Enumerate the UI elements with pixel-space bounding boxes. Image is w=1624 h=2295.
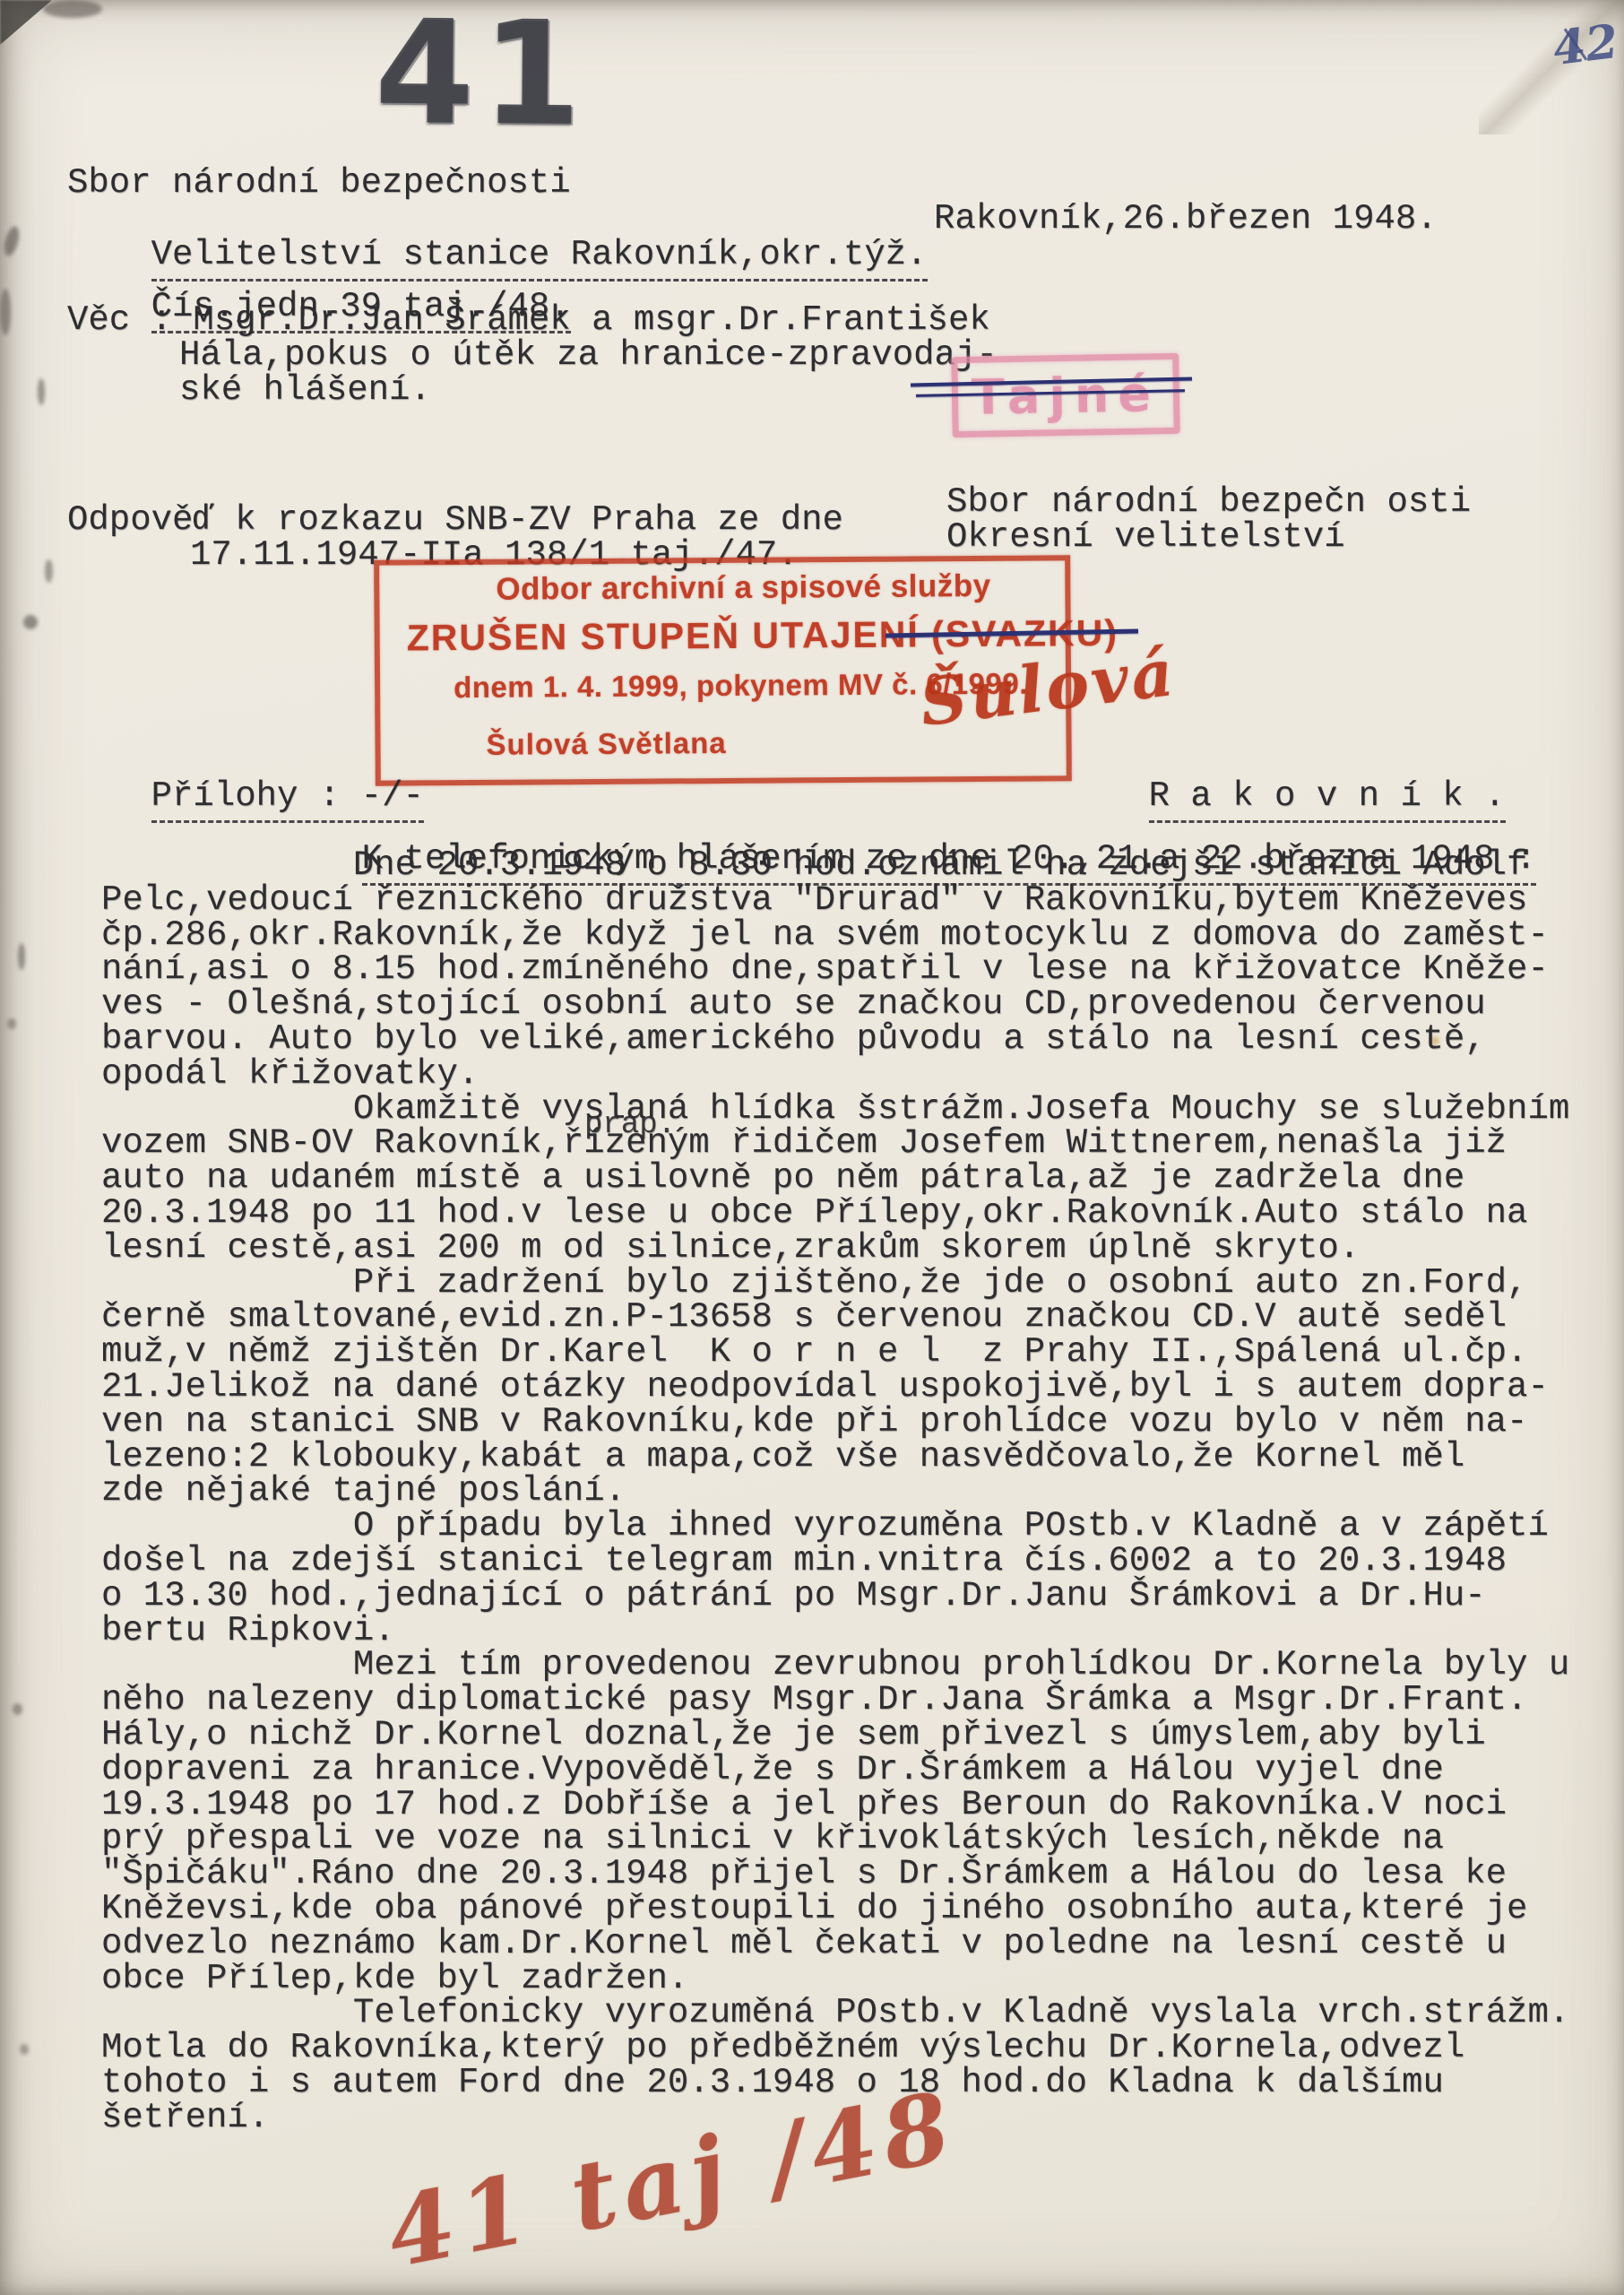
body-text-line: prý přespali ve voze na silnici v křivok…: [101, 1822, 1569, 1857]
body-text-line: o 13.30 hod.,jednající o pátrání po Msgr…: [101, 1579, 1569, 1614]
place-and-date: Rakovník,26.březen 1948.: [934, 201, 1438, 237]
body-text-line: Motla do Rakovníka,který po předběžném v…: [101, 2031, 1569, 2065]
recipient-line1: Sbor národní bezpečn osti: [946, 484, 1471, 520]
body-text-line: lezeno:2 klobouky,kabát a mapa,což vše n…: [101, 1440, 1569, 1475]
body-text-line: opodál křižovatky.: [101, 1057, 1569, 1092]
scan-artifact: [23, 615, 38, 629]
subject-line3: ské hlášení.: [179, 372, 431, 408]
reply-reference-line1: Odpověď k rozkazu SNB-ZV Praha ze dne: [67, 502, 843, 538]
scan-artifact: [0, 289, 11, 335]
body-text-line: obce Přílep,kde byl zadržen.: [101, 1962, 1569, 1996]
body-text-line: zde nějaké tajné poslání.: [101, 1474, 1569, 1509]
body-text-line: dopraveni za hranice.Vypověděl,že s Dr.Š…: [101, 1753, 1569, 1788]
body-text-line: Pelc,vedoucí řeznického družstva "Drurad…: [101, 883, 1569, 918]
body-text-line: odvezlo neznámo kam.Dr.Kornel měl čekati…: [101, 1927, 1569, 1962]
body-text-line: nání,asi o 8.15 hod.zmíněného dne,spatři…: [101, 952, 1569, 987]
body-text-line: čp.286,okr.Rakovník,že když jel na svém …: [101, 918, 1569, 953]
body-text-line: auto na udaném místě a usilovně po něm p…: [101, 1161, 1569, 1196]
body-text-line: lesní cestě,asi 200 m od silnice,zrakům …: [101, 1231, 1569, 1266]
body-text-line: něho nalezeny diplomatické pasy Msgr.Dr.…: [101, 1683, 1569, 1718]
body-text-line: vozem SNB-OV Rakovník,řízeným řidičem Jo…: [101, 1126, 1569, 1161]
body-text-line: ven na stanici SNB v Rakovníku,kde při p…: [101, 1405, 1569, 1440]
body-text-line: Mezi tím provedenou zevrubnou prohlídkou…: [101, 1648, 1569, 1683]
subject-line2: Hála,pokus o útěk za hranice-zpravodaj-: [179, 337, 998, 373]
body-text-line: Dne 20.3.1948 o 8.30 hod.oznámil na zdej…: [101, 848, 1569, 883]
body-text-line: Okamžitě vyslaná hlídka šstrážm.Josefa M…: [101, 1092, 1569, 1127]
body-text-line: 19.3.1948 po 17 hod.z Dobříše a jel přes…: [101, 1788, 1569, 1823]
body-text-line: "Špičáku".Ráno dne 20.3.1948 přijel s Dr…: [101, 1857, 1569, 1892]
body-text-line: O případu byla ihned vyrozuměna POstb.v …: [101, 1509, 1569, 1544]
body-text-line: bertu Ripkovi.: [101, 1614, 1569, 1649]
scan-artifact: [45, 559, 53, 583]
report-body: Dne 20.3.1948 o 8.30 hod.oznámil na zdej…: [101, 848, 1569, 2135]
body-text-line: Telefonicky vyrozuměná POstb.v Kladně vy…: [101, 1996, 1569, 2031]
body-text-line: Při zadržení bylo zjištěno,že jde o osob…: [101, 1266, 1569, 1301]
body-text-line: barvou. Auto bylo veliké,amerického půvo…: [101, 1022, 1569, 1057]
subject-line1: Věc : Msgr.Dr.Jan Šrámek a msgr.Dr.Frant…: [67, 302, 990, 338]
declassification-officer-name: Šulová Světlana: [486, 726, 726, 762]
recipient-line2: Okresní velitelství: [946, 519, 1345, 555]
scan-artifact: [20, 2044, 29, 2055]
folio-number-handwritten: 42: [1551, 14, 1621, 76]
body-text-line: černě smaltované,evid.zn.P-13658 s červe…: [101, 1300, 1569, 1335]
scan-artifact: [18, 943, 25, 970]
declassification-line1: Odbor archivní a spisové služby: [496, 568, 991, 608]
scan-artifact: [38, 378, 45, 405]
body-text-line: Hály,o nichž Dr.Kornel doznal,že je sem …: [101, 1718, 1569, 1753]
interline-insertion: prap.: [584, 1108, 676, 1142]
body-text-line: ves - Olešná,stojící osobní auto se znač…: [101, 987, 1569, 1022]
page-number-stamp: 41: [374, 1, 589, 146]
body-text-line: Kněževsi,kde oba pánové přestoupili do j…: [101, 1892, 1569, 1927]
scan-artifact: [13, 1703, 22, 1715]
document-page: 41 42 Sbor národní bezpečnosti Velitelst…: [0, 0, 1624, 2295]
sender-org-line1: Sbor národní bezpečnosti: [67, 165, 571, 201]
scan-artifact: [2, 225, 22, 257]
body-text-line: došel na zdejší stanici telegram min.vni…: [101, 1544, 1569, 1579]
body-text-line: muž,v němž zjištěn Dr.Karel K o r n e l …: [101, 1335, 1569, 1370]
body-text-line: 21.Jelikož na dané otázky neodpovídal us…: [101, 1370, 1569, 1405]
scan-artifact: [7, 1018, 16, 1029]
scan-artifact: [43, 0, 102, 18]
body-text-line: 20.3.1948 po 11 hod.v lese u obce Přílep…: [101, 1196, 1569, 1231]
